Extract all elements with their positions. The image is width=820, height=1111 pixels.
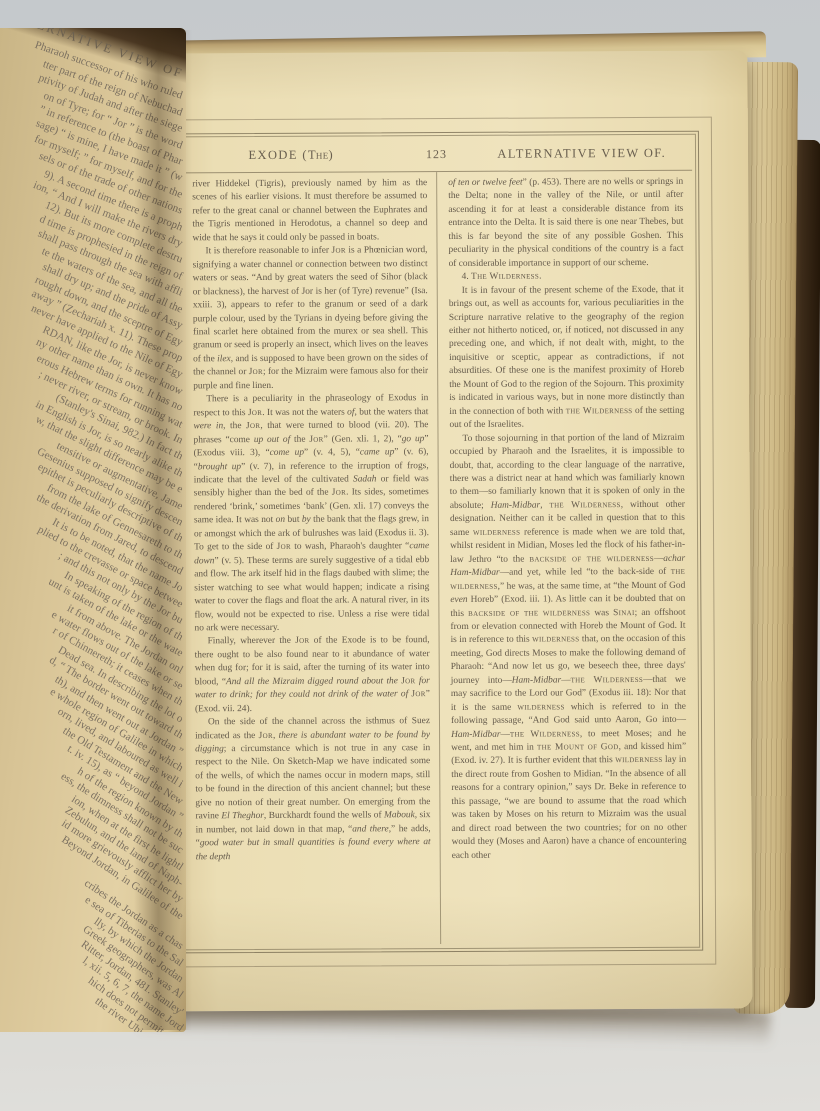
page-number: 123: [401, 146, 471, 161]
paragraph: of ten or twelve feet” (p. 453). There a…: [448, 176, 683, 271]
page-text-frame: EXODE (The) 123 ALTERNATIVE VIEW OF. riv…: [174, 131, 703, 954]
running-header: EXODE (The) 123 ALTERNATIVE VIEW OF.: [181, 136, 692, 174]
paragraph: 4. The Wilderness.: [449, 270, 684, 285]
right-book-page: EXODE (The) 123 ALTERNATIVE VIEW OF. riv…: [147, 50, 752, 1011]
paragraph: It is therefore reasonable to infer Jor …: [193, 244, 429, 393]
right-text-column: of ten or twelve feet” (p. 453). There a…: [436, 171, 696, 944]
paragraph: There is a peculiarity in the phraseolog…: [193, 392, 429, 635]
header-right-title: ALTERNATIVE VIEW OF.: [471, 145, 692, 161]
paragraph: To those sojourning in that portion of t…: [449, 431, 686, 863]
left-book-page: ALTERNATIVE VIEW OFPharaoh successor of …: [0, 28, 186, 1032]
header-left-title: EXODE (The): [181, 147, 402, 163]
paragraph: On the side of the channel across the is…: [195, 715, 431, 864]
text-columns: river Hiddekel (Tigris), previously name…: [181, 171, 696, 946]
paragraph: river Hiddekel (Tigris), previously name…: [192, 177, 427, 245]
photo-background: EXODE (The) 123 ALTERNATIVE VIEW OF. riv…: [0, 0, 820, 1111]
left-text-column: river Hiddekel (Tigris), previously name…: [181, 172, 440, 945]
paragraph: Finally, wherever the Jor of the Exode i…: [195, 635, 430, 717]
paragraph: It is in favour of the present scheme of…: [449, 283, 685, 432]
left-page-rotated-text: ALTERNATIVE VIEW OFPharaoh successor of …: [0, 66, 182, 1032]
